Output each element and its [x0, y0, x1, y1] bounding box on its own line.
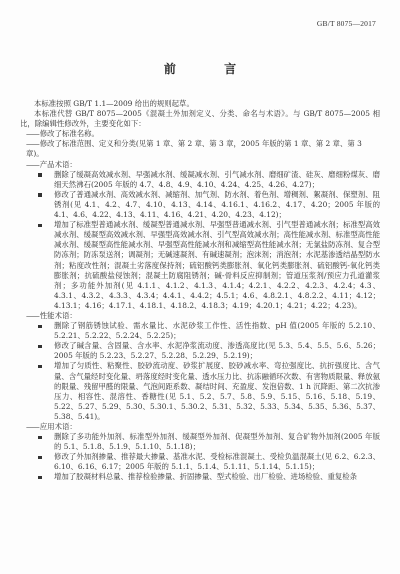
bullet-list-product-terms: 删除了缓凝高效减水剂、早强减水剂、缓凝减水剂、引气减水剂、磨细矿渣、硅灰、磨细粉… [20, 170, 380, 311]
bullet-text: 修改了普通减水剂、高效减水剂、减缩剂、加气剂、防水剂、着色剂、增稠剂、絮凝剂、保… [54, 190, 380, 219]
bullet-item: 修改了碱含量、含固量、含水率、水泥净浆流动度、渗透高度比(见 5.3、5.4、5… [20, 341, 380, 361]
bullet-item: 删除了钢筋锈蚀试验、需水量比、水泥砂浆工作性、活性指数、pH 值(2005 年版… [20, 321, 380, 341]
change-item: 修改了标准范围、定义和分类(见第 1 章、第 2 章、第 3 章，2005 年版… [20, 139, 380, 159]
bullet-text: 删除了钢筋锈蚀试验、需水量比、水泥砂浆工作性、活性指数、pH 值(2005 年版… [54, 321, 380, 340]
document-page: GB/T 8075—2017 前 言 本标准按照 GB/T 1.1—2009 给… [0, 0, 400, 574]
bullet-icon [38, 476, 42, 480]
bullet-icon [38, 325, 42, 329]
bullet-item: 增加了标准型普通减水剂、缓凝型普通减水剂、早强型普通减水剂、引气型普通减水剂；标… [20, 220, 380, 311]
bullet-item: 增加了匀质性、粘聚性、胶砂流动度、砂浆扩展度、胶砂减水率、弯拉强度比、抗折强度比… [20, 361, 380, 422]
bullet-list-application-terms: 删除了多功能外加剂、标准型外加剂、缓凝型外加剂、促凝型外加剂、复合矿物外加剂(2… [20, 432, 380, 482]
bullet-text: 增加了匀质性、粘聚性、胶砂流动度、砂浆扩展度、胶砂减水率、弯拉强度比、抗折强度比… [54, 361, 380, 420]
section-heading-performance-terms: 性能术语： [20, 311, 380, 321]
bullet-icon [38, 365, 42, 369]
bullet-icon [38, 345, 42, 349]
bullet-text: 删除了缓凝高效减水剂、早强减水剂、缓凝减水剂、引气减水剂、磨细矿渣、硅灰、磨细粉… [54, 170, 380, 189]
bullet-text: 修改了外加剂掺量、推荐最大掺量、基准水泥、受检标准混凝土、受检负温混凝土(见 6… [54, 452, 380, 471]
change-item: 修改了标准名称。 [20, 129, 380, 139]
bullet-text: 增加了标准型普通减水剂、缓凝型普通减水剂、早强型普通减水剂、引气型普通减水剂；标… [54, 220, 380, 310]
bullet-text: 增加了胶凝材料总量、推荐检验掺量、折固掺量、型式检验、出厂检验、进场检验、重复检… [54, 472, 357, 481]
bullet-icon [38, 456, 42, 460]
document-body: 本标准按照 GB/T 1.1—2009 给出的规则起草。 本标准代替 GB/T … [20, 99, 380, 483]
section-heading-product-terms: 产品术语： [20, 160, 380, 170]
bullet-icon [38, 436, 42, 440]
intro-paragraph-2: 本标准代替 GB/T 8075—2005《混凝土外加剂定义、分类、命名与术语》。… [20, 109, 380, 129]
bullet-item: 删除了多功能外加剂、标准型外加剂、缓凝型外加剂、促凝型外加剂、复合矿物外加剂(2… [20, 432, 380, 452]
bullet-icon [38, 224, 42, 228]
bullet-list-performance-terms: 删除了钢筋锈蚀试验、需水量比、水泥砂浆工作性、活性指数、pH 值(2005 年版… [20, 321, 380, 422]
page-title: 前 言 [0, 60, 400, 77]
bullet-icon [38, 173, 42, 177]
section-heading-application-terms: 应用术语： [20, 422, 380, 432]
bullet-text: 修改了碱含量、含固量、含水率、水泥净浆流动度、渗透高度比(见 5.3、5.4、5… [54, 341, 380, 360]
standard-code: GB/T 8075—2017 [317, 19, 376, 28]
bullet-text: 删除了多功能外加剂、标准型外加剂、缓凝型外加剂、促凝型外加剂、复合矿物外加剂(2… [54, 432, 380, 451]
bullet-item: 修改了普通减水剂、高效减水剂、减缩剂、加气剂、防水剂、着色剂、增稠剂、絮凝剂、保… [20, 190, 380, 220]
bullet-item: 修改了外加剂掺量、推荐最大掺量、基准水泥、受检标准混凝土、受检负温混凝土(见 6… [20, 452, 380, 472]
bullet-item: 删除了缓凝高效减水剂、早强减水剂、缓凝减水剂、引气减水剂、磨细矿渣、硅灰、磨细粉… [20, 170, 380, 190]
bullet-item: 增加了胶凝材料总量、推荐检验掺量、折固掺量、型式检验、出厂检验、进场检验、重复检… [20, 472, 380, 482]
bullet-icon [38, 193, 42, 197]
intro-paragraph-1: 本标准按照 GB/T 1.1—2009 给出的规则起草。 [20, 99, 380, 109]
